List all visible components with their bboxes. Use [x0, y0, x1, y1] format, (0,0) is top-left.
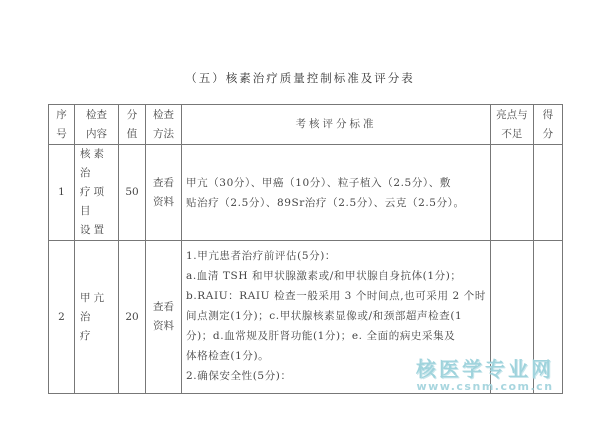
row-highlights — [490, 145, 533, 241]
row-score: 20 — [119, 241, 146, 394]
row-index: 1 — [49, 145, 75, 241]
row-content: 核素治 疗项目 设置 — [75, 145, 119, 241]
scoring-table: 序 号 检查 内容 分 值 检查 方法 考核评分标准 亮点与 不足 得 分 1 … — [48, 104, 563, 394]
row-index: 2 — [49, 241, 75, 394]
row-score: 50 — [119, 145, 146, 241]
table-header-row: 序 号 检查 内容 分 值 检查 方法 考核评分标准 亮点与 不足 得 分 — [49, 105, 563, 145]
document-title: （五）核素治疗质量控制标准及评分表 — [0, 70, 600, 86]
header-points: 得 分 — [533, 105, 562, 145]
row-method: 查看 资料 — [146, 241, 182, 394]
row-content: 甲亢治 疗 — [75, 241, 119, 394]
header-index: 序 号 — [49, 105, 75, 145]
header-score: 分 值 — [119, 105, 146, 145]
table-row: 1 核素治 疗项目 设置 50 查看 资料 甲亢（30分）、甲癌（10分）、粒子… — [49, 145, 563, 241]
row-points — [533, 145, 562, 241]
header-highlights: 亮点与 不足 — [490, 105, 533, 145]
row-method: 查看 资料 — [146, 145, 182, 241]
watermark: 核医学专业网 www.csnm.com.cn — [395, 357, 575, 393]
watermark-name: 核医学专业网 — [395, 357, 575, 381]
header-content: 检查 内容 — [75, 105, 119, 145]
header-method: 检查 方法 — [146, 105, 182, 145]
header-criteria: 考核评分标准 — [182, 105, 491, 145]
row-criteria: 甲亢（30分）、甲癌（10分）、粒子植入（2.5分）、敷 贴治疗（2.5分）、8… — [182, 145, 491, 241]
watermark-url: www.csnm.com.cn — [395, 381, 575, 393]
